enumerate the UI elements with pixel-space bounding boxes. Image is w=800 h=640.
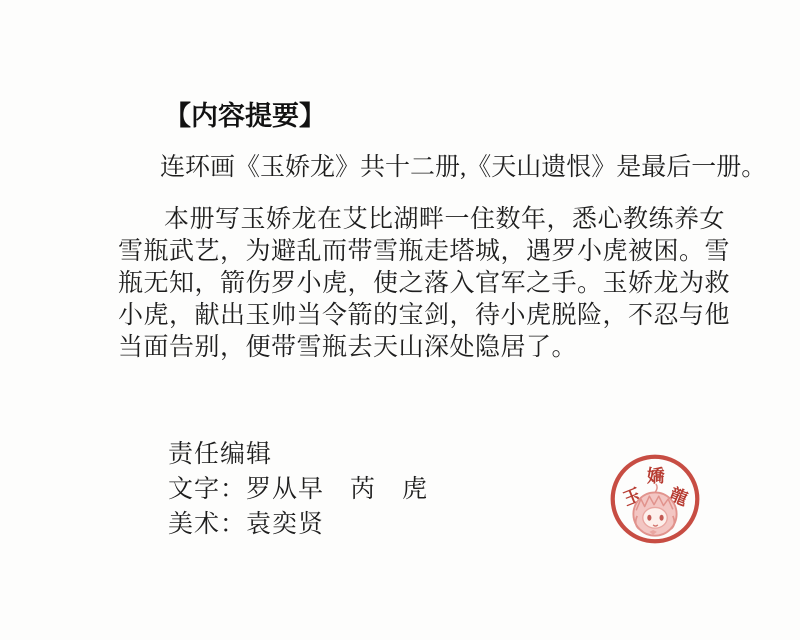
intro-paragraph: 连环画《玉娇龙》共十二册,《天山遗恨》是最后一册。 (118, 151, 758, 185)
summary-line-5: 当面告别，便带雪瓶去天山深处隐居了。 (118, 332, 758, 364)
credits-block: 责任编辑 文字：罗从早 芮 虎 美术：袁奕贤 (168, 437, 428, 542)
summary-line-1: 本册写玉娇龙在艾比湖畔一住数年，悉心教练养女 (118, 204, 758, 236)
credit-art-author: 美术：袁奕贤 (168, 507, 428, 542)
scanned-book-page: 【内容提要】 连环画《玉娇龙》共十二册,《天山遗恨》是最后一册。 本册写玉娇龙在… (0, 0, 800, 640)
summary-line-3: 瓶无知，箭伤罗小虎，使之落入官军之手。玉娇龙为救 (118, 268, 758, 300)
summary-line-4: 小虎，献出玉帅当令箭的宝剑，待小虎脱险，不忍与他 (118, 300, 758, 332)
story-summary-paragraph: 本册写玉娇龙在艾比湖畔一住数年，悉心教练养女 雪瓶武艺，为避乱而带雪瓶走塔城，遇… (118, 204, 758, 364)
summary-line-2: 雪瓶武艺，为避乱而带雪瓶走塔城，遇罗小虎被困。雪 (118, 236, 758, 268)
red-seal-stamp: 玉 嬌 龍 (608, 452, 702, 546)
content-summary-heading: 【内容提要】 (164, 99, 326, 133)
seal-char-top: 嬌 (647, 465, 665, 486)
credit-text-authors: 文字：罗从早 芮 虎 (168, 472, 428, 507)
credit-editor-label: 责任编辑 (168, 437, 428, 472)
